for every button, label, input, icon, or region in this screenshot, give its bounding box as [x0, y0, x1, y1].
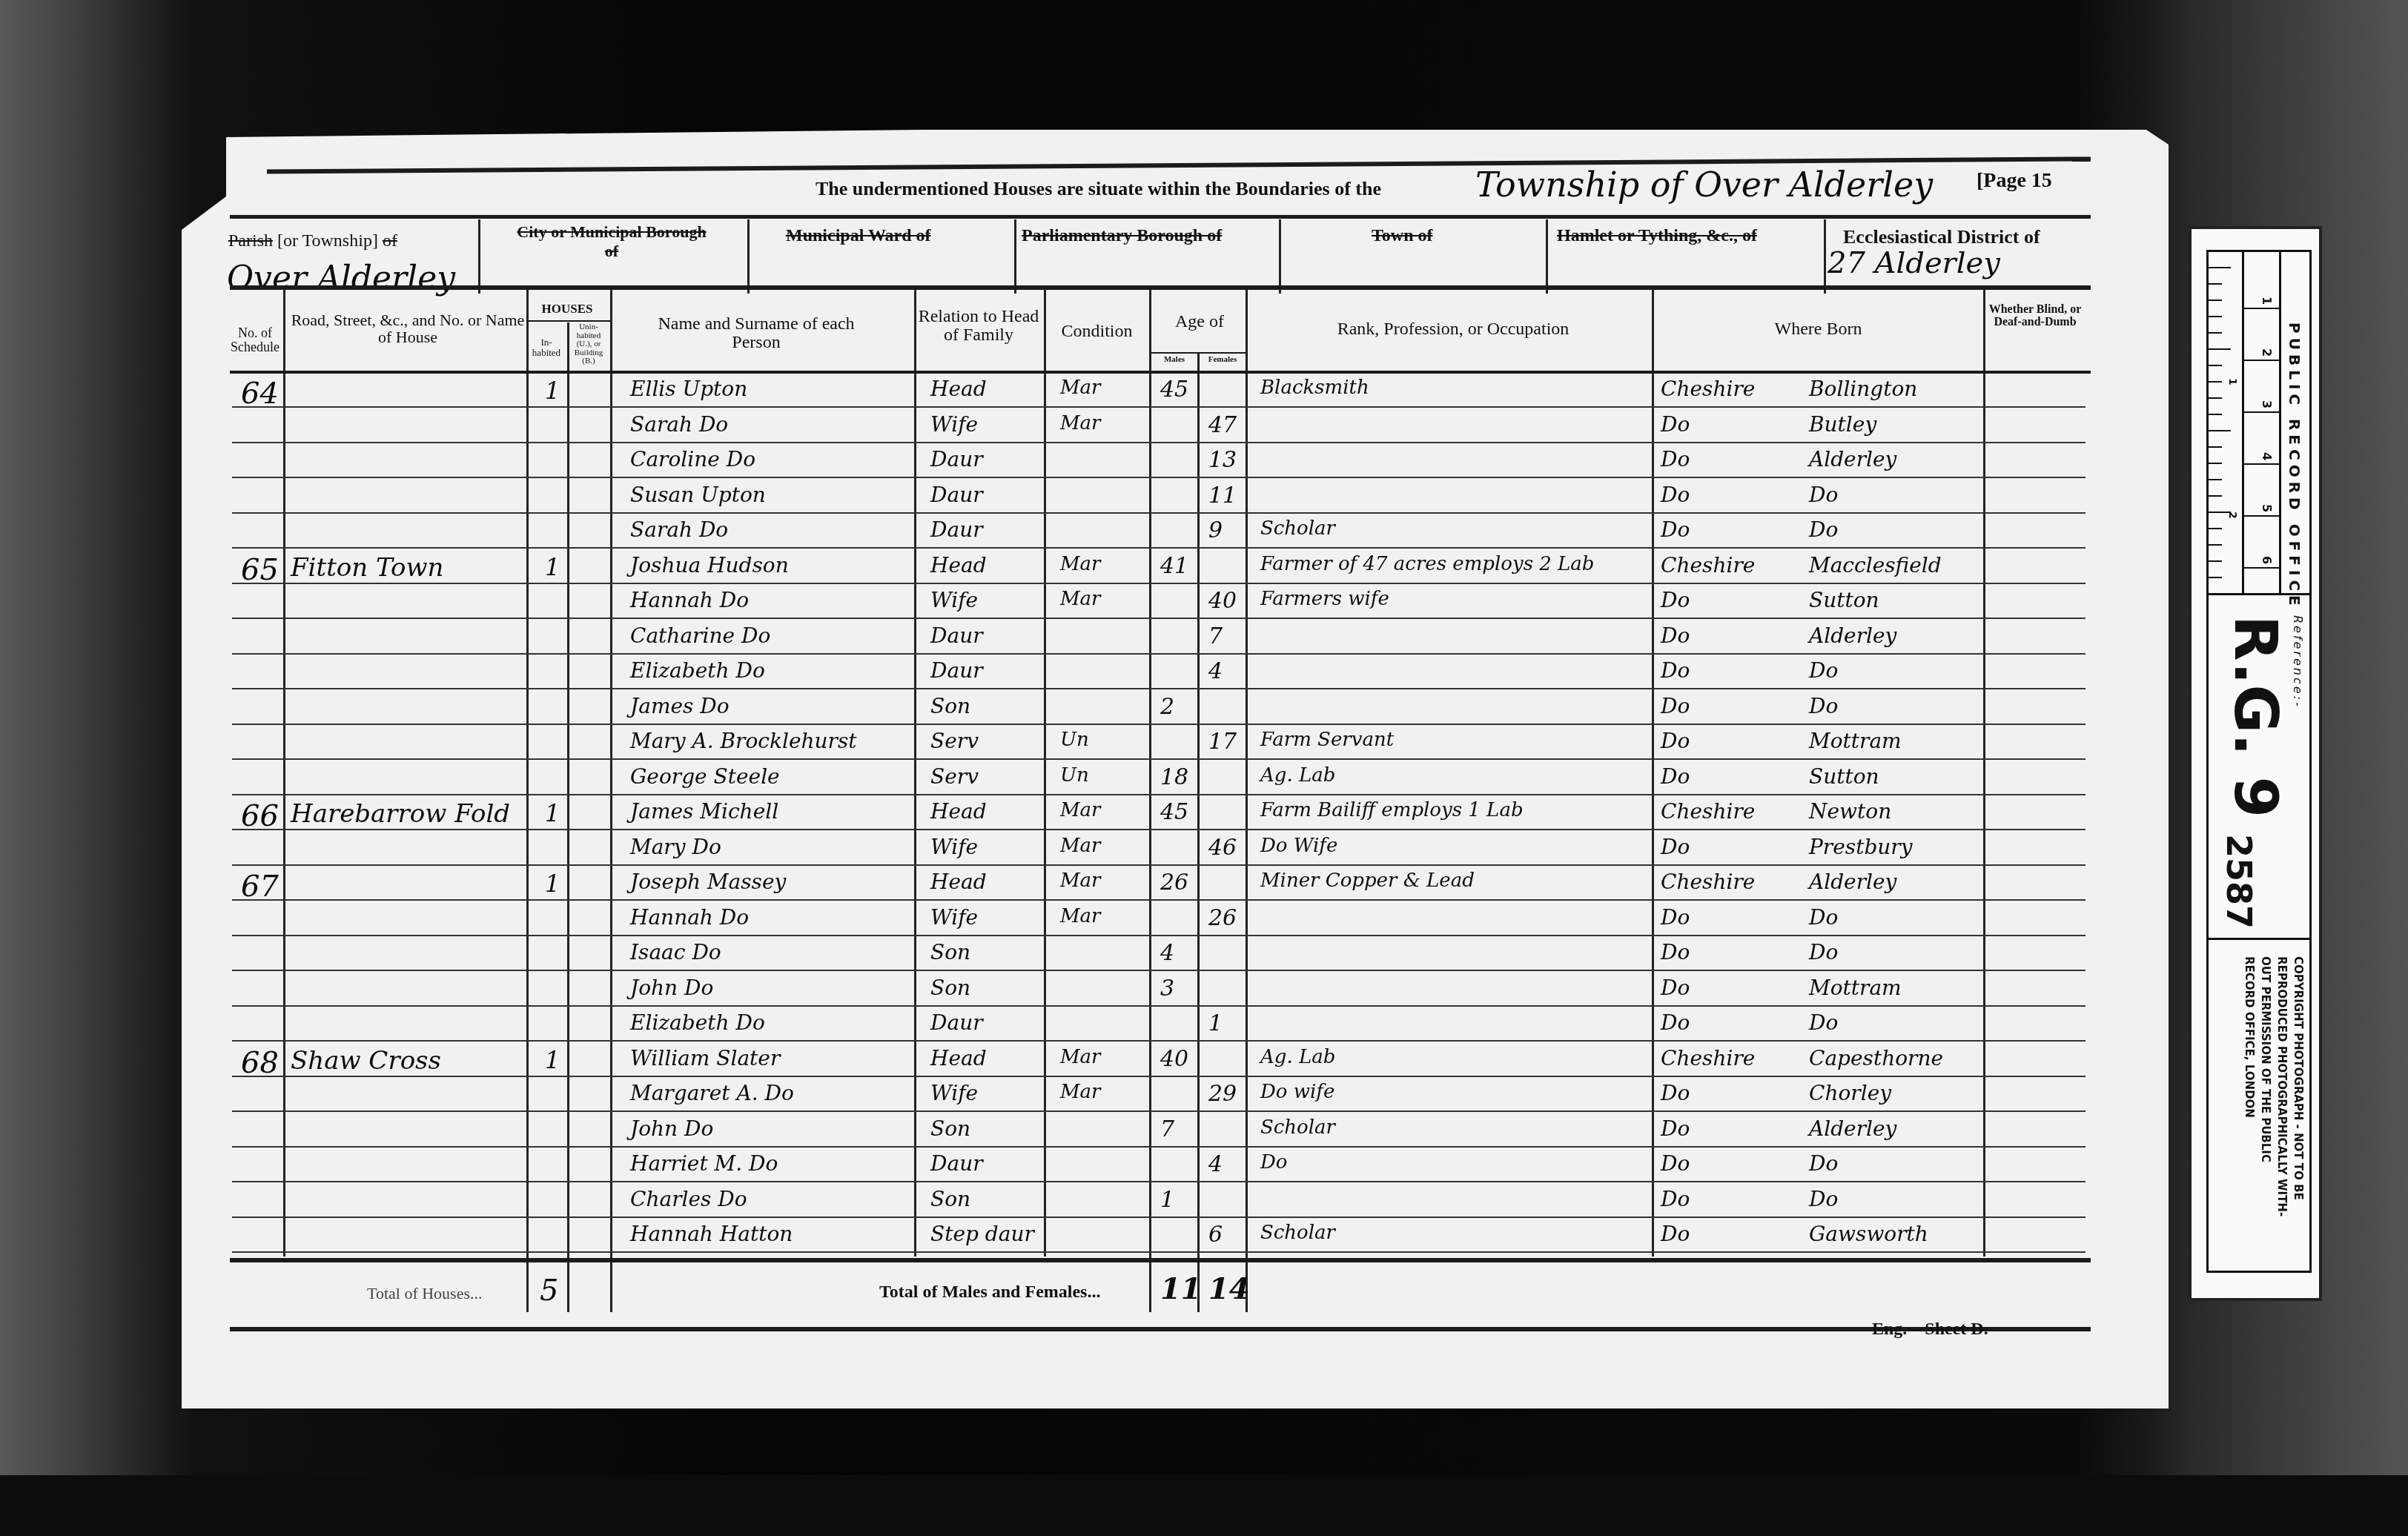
col-relation: Relation to Head of Family: [916, 308, 1042, 345]
birth-county: Cheshire: [1661, 870, 1755, 894]
table-row: Margaret A. DoWifeMar29Do wifeDoChorley: [232, 1081, 2085, 1103]
row-rule: [232, 512, 2085, 514]
birth-county: Do: [1661, 447, 1690, 471]
age-female: 40: [1208, 588, 1237, 614]
table-row: 641Ellis UptonHeadMar45BlacksmithCheshir…: [232, 377, 2085, 399]
table-row: Hannah DoWifeMar26DoDo: [232, 905, 2085, 927]
header-boundary: Township of Over Alderley: [1475, 165, 1933, 205]
relation: Serv: [930, 764, 979, 789]
total-persons-label: Total of Males and Females...: [879, 1282, 1100, 1302]
total-females-value: 14: [1208, 1271, 1250, 1306]
person-name: Elizabeth Do: [630, 658, 765, 683]
relation: Son: [930, 940, 970, 964]
divider: [478, 219, 480, 294]
inhabited-count: 1: [545, 1046, 560, 1074]
row-rule: [232, 406, 2085, 408]
col-blind: Whether Blind, or Deaf-and-Dumb: [1987, 304, 2083, 329]
page-number: [Page 15: [1977, 169, 2052, 193]
birth-county: Do: [1661, 1187, 1690, 1211]
relation: Serv: [930, 729, 979, 753]
age-female: 13: [1208, 447, 1237, 473]
ruler-label: 5: [2260, 504, 2274, 512]
relation: Daur: [930, 517, 983, 542]
age-female: 6: [1208, 1222, 1223, 1248]
ruler-tick: [2209, 267, 2231, 268]
relation: Wife: [930, 412, 978, 437]
age-female: 17: [1208, 729, 1237, 755]
hamlet-label: Hamlet or Tything, &c., of: [1557, 226, 1757, 246]
row-rule: [232, 1110, 2085, 1112]
row-rule: [232, 1005, 2085, 1007]
ruler-tick: [2209, 463, 2222, 464]
relation: Wife: [930, 835, 978, 859]
ruler-tick: [2209, 495, 2222, 497]
header-intro: The undermentioned Houses are situate wi…: [816, 178, 1381, 200]
col-inhabited: In-habited: [528, 337, 565, 357]
ruler-label: 2: [2260, 348, 2274, 357]
occupation: Ag. Lab: [1260, 764, 1335, 787]
town-label: Town of: [1372, 226, 1432, 246]
birth-county: Do: [1661, 1081, 1690, 1105]
occupation: Ag. Lab: [1260, 1046, 1335, 1068]
table-row: Isaac DoSon4DoDo: [232, 940, 2085, 962]
age-male: 45: [1160, 799, 1188, 825]
occupation: Farmer of 47 acres employs 2 Lab: [1260, 553, 1594, 575]
person-name: Isaac Do: [630, 940, 721, 964]
parish-value: Over Alderley: [227, 259, 455, 297]
relation: Son: [930, 1116, 970, 1141]
city-label: City or Municipal Borough of: [512, 222, 712, 261]
age-female: 46: [1208, 835, 1237, 861]
age-male: 4: [1160, 940, 1174, 966]
person-name: Ellis Upton: [630, 377, 747, 401]
copyright-notice: COPYRIGHT PHOTOGRAPH - NOT TO BE REPRODU…: [2241, 956, 2306, 1216]
birth-place: Macclesfield: [1809, 553, 1942, 577]
birth-place: Sutton: [1809, 588, 1879, 612]
row-rule: [232, 794, 2085, 795]
birth-county: Do: [1661, 729, 1690, 753]
condition: Mar: [1060, 799, 1101, 821]
table-row: Catharine DoDaur7DoAlderley: [232, 623, 2085, 646]
total-houses-label: Total of Houses...: [367, 1284, 483, 1303]
ruler-tick: [2209, 332, 2222, 334]
ruler-tick: [2209, 430, 2231, 431]
occupation: Scholar: [1260, 1222, 1335, 1244]
birth-county: Do: [1661, 764, 1690, 789]
col-where-born: Where Born: [1653, 320, 1983, 339]
relation: Daur: [930, 1010, 983, 1035]
age-male: 1: [1160, 1187, 1174, 1213]
birth-place: Bollington: [1809, 377, 1917, 401]
header-rule: [230, 215, 2091, 219]
age-female: 4: [1208, 1151, 1223, 1177]
birth-place: Mottram: [1809, 729, 1902, 753]
occupation: Farmers wife: [1260, 588, 1389, 610]
road-name: Fitton Town: [291, 553, 443, 583]
occupation: Do Wife: [1260, 835, 1337, 857]
age-male: 45: [1160, 377, 1188, 403]
birth-county: Do: [1661, 483, 1690, 507]
birth-place: Do: [1809, 517, 1838, 542]
person-name: Joseph Massey: [630, 870, 786, 894]
col-occupation: Rank, Profession, or Occupation: [1253, 320, 1653, 339]
reference-card: 12345612 PUBLIC RECORD OFFICE Reference:…: [2189, 226, 2322, 1301]
person-name: Hannah Do: [630, 905, 749, 930]
birth-place: Alderley: [1809, 870, 1896, 894]
table-row: Elizabeth DoDaur1DoDo: [232, 1010, 2085, 1033]
ruler-label: 2: [2226, 512, 2238, 519]
inhabited-count: 1: [545, 553, 560, 581]
ruler-label: 1: [2226, 378, 2238, 385]
relation: Head: [930, 553, 987, 577]
birth-county: Do: [1661, 976, 1690, 1000]
ruler-tick: [2209, 365, 2222, 366]
table-row: 65Fitton Town1Joshua HudsonHeadMar41Farm…: [232, 553, 2085, 575]
birth-county: Cheshire: [1661, 799, 1755, 824]
row-rule: [232, 547, 2085, 549]
occupation: Do: [1260, 1151, 1288, 1173]
birth-place: Do: [1809, 1010, 1838, 1035]
condition: Mar: [1060, 553, 1101, 575]
person-name: Margaret A. Do: [630, 1081, 794, 1105]
ruler-label: 4: [2260, 452, 2274, 460]
person-name: Susan Upton: [630, 483, 766, 507]
person-name: James Michell: [630, 799, 778, 824]
occupation: Miner Copper & Lead: [1260, 870, 1475, 892]
row-rule: [232, 1181, 2085, 1182]
divider: [1824, 219, 1826, 294]
relation: Daur: [930, 623, 983, 648]
birth-place: Do: [1809, 905, 1838, 930]
parish-label: Parish [or Township] of: [228, 231, 397, 251]
occupation: Blacksmith: [1260, 377, 1369, 399]
ruler-tick: [2209, 479, 2222, 480]
birth-county: Do: [1661, 835, 1690, 859]
age-female: 47: [1208, 412, 1237, 438]
sheet-footer: Eng.—Sheet D.: [1872, 1320, 1988, 1340]
inhabited-count: 1: [545, 799, 560, 827]
person-name: Sarah Do: [630, 517, 728, 542]
birth-place: Alderley: [1809, 447, 1896, 471]
birth-place: Newton: [1809, 799, 1891, 824]
age-male: 18: [1160, 764, 1188, 790]
table-row: Hannah HattonStep daur6ScholarDoGawswort…: [232, 1222, 2085, 1244]
totals-rule: [230, 1258, 2091, 1262]
birth-place: Mottram: [1809, 976, 1902, 1000]
card-divider: [2209, 938, 2309, 940]
total-houses-value: 5: [540, 1274, 558, 1308]
person-name: Caroline Do: [630, 447, 755, 471]
person-name: Catharine Do: [630, 623, 770, 648]
total-males-value: 11: [1160, 1271, 1202, 1306]
ward-label: Municipal Ward of: [786, 226, 931, 246]
row-rule: [232, 1216, 2085, 1218]
birth-place: Sutton: [1809, 764, 1879, 789]
age-female: 11: [1208, 483, 1237, 509]
inhabited-count: 1: [545, 377, 560, 405]
person-name: Hannah Do: [630, 588, 749, 612]
ruler-tick: [2209, 348, 2231, 350]
condition: Mar: [1060, 412, 1101, 434]
birth-county: Do: [1661, 905, 1690, 930]
person-name: Mary A. Brocklehurst: [630, 729, 857, 753]
ruler-tick: [2209, 528, 2222, 529]
age-female: 4: [1208, 658, 1223, 684]
inhabited-count: 1: [545, 870, 560, 898]
condition: Mar: [1060, 835, 1101, 857]
ruler-label: 6: [2260, 556, 2274, 564]
birth-county: Do: [1661, 658, 1690, 683]
condition: Un: [1060, 764, 1089, 787]
birth-county: Do: [1661, 412, 1690, 437]
ruler-tick: [2209, 544, 2222, 546]
col-males: Males: [1151, 356, 1197, 365]
row-rule: [232, 618, 2085, 619]
age-female: 26: [1208, 905, 1237, 931]
birth-place: Chorley: [1809, 1081, 1891, 1105]
birth-place: Do: [1809, 483, 1838, 507]
row-rule: [232, 935, 2085, 936]
col-houses: HOUSES: [526, 302, 608, 316]
reference-card-frame: 12345612 PUBLIC RECORD OFFICE Reference:…: [2206, 250, 2312, 1273]
scan-background-bottom: [0, 1475, 2408, 1536]
birth-place: Alderley: [1809, 1116, 1896, 1141]
col-uninhabited: Unin-habited (U.), or Building (B.): [569, 323, 608, 366]
table-row: George SteeleServUn18Ag. LabDoSutton: [232, 764, 2085, 787]
person-name: Hannah Hatton: [630, 1222, 793, 1246]
table-row: Elizabeth DoDaur4DoDo: [232, 658, 2085, 681]
age-male: 41: [1160, 553, 1188, 579]
ruler-tick: [2209, 446, 2222, 448]
condition: Mar: [1060, 588, 1101, 610]
row-rule: [232, 829, 2085, 830]
col-condition: Condition: [1047, 322, 1147, 341]
table-row: James DoSon2DoDo: [232, 694, 2085, 716]
relation: Daur: [930, 483, 983, 507]
ruler-tick: [2209, 414, 2222, 415]
row-rule: [232, 724, 2085, 725]
person-name: George Steele: [630, 764, 780, 789]
relation: Son: [930, 976, 970, 1000]
row-rule: [232, 1040, 2085, 1042]
person-name: Joshua Hudson: [630, 553, 789, 577]
ruler-tick: [2209, 397, 2222, 399]
occupation: Scholar: [1260, 1116, 1335, 1139]
row-rule: [232, 1076, 2085, 1077]
condition: Un: [1060, 729, 1089, 751]
table-row: Mary A. BrocklehurstServUn17Farm Servant…: [232, 729, 2085, 751]
occupation: Farm Bailiff employs 1 Lab: [1260, 799, 1524, 821]
birth-place: Do: [1809, 1187, 1838, 1211]
pro-title: PUBLIC RECORD OFFICE: [2286, 322, 2303, 610]
col-schedule: No. of Schedule: [230, 326, 280, 354]
row-rule: [232, 899, 2085, 901]
condition: Mar: [1060, 905, 1101, 927]
relation: Wife: [930, 588, 978, 612]
row-rule: [232, 1251, 2085, 1253]
row-rule: [232, 1146, 2085, 1148]
relation: Head: [930, 870, 987, 894]
table-row: 671Joseph MasseyHeadMar26Miner Copper & …: [232, 870, 2085, 892]
age-female: 9: [1208, 517, 1223, 543]
row-rule: [232, 477, 2085, 478]
birth-county: Do: [1661, 1010, 1690, 1035]
road-name: Harebarrow Fold: [291, 799, 510, 829]
birth-county: Cheshire: [1661, 1046, 1755, 1070]
age-male: 7: [1160, 1116, 1174, 1142]
parl-borough-label: Parliamentary Borough of: [1022, 226, 1222, 246]
occupation: Do wife: [1260, 1081, 1334, 1103]
condition: Mar: [1060, 870, 1101, 892]
birth-county: Cheshire: [1661, 377, 1755, 401]
relation: Wife: [930, 1081, 978, 1105]
birth-place: Butley: [1809, 412, 1876, 437]
divider: [1014, 219, 1016, 294]
birth-place: Alderley: [1809, 623, 1896, 648]
person-name: Elizabeth Do: [630, 1010, 765, 1035]
row-rule: [232, 442, 2085, 443]
table-row: Charles DoSon1DoDo: [232, 1187, 2085, 1209]
birth-county: Do: [1661, 1222, 1690, 1246]
birth-place: Capesthorne: [1809, 1046, 1943, 1070]
ruler-tick: [2209, 381, 2222, 383]
relation: Step daur: [930, 1222, 1034, 1246]
occupation: Farm Servant: [1260, 729, 1394, 751]
ruler-label: 1: [2260, 297, 2274, 305]
table-row: John DoSon7ScholarDoAlderley: [232, 1116, 2085, 1139]
table-row: Sarah DoDaur9ScholarDoDo: [232, 517, 2085, 540]
reference-piece: 2587: [2219, 834, 2259, 929]
birth-county: Do: [1661, 588, 1690, 612]
birth-county: Do: [1661, 940, 1690, 964]
reference-label: Reference:-: [2291, 615, 2305, 709]
birth-place: Gawsworth: [1809, 1222, 1928, 1246]
reference-series: R.G. 9: [2221, 615, 2290, 818]
birth-county: Do: [1661, 517, 1690, 542]
birth-county: Do: [1661, 1116, 1690, 1141]
ruler-tick: [2209, 577, 2222, 578]
condition: Mar: [1060, 377, 1101, 399]
relation: Daur: [930, 658, 983, 683]
person-name: Sarah Do: [630, 412, 728, 437]
relation: Head: [930, 1046, 987, 1070]
relation: Head: [930, 799, 987, 824]
ruler-tick: [2209, 316, 2222, 317]
col-females: Females: [1200, 356, 1246, 365]
age-female: 1: [1208, 1010, 1223, 1036]
birth-county: Do: [1661, 694, 1690, 718]
occupation: Scholar: [1260, 517, 1335, 540]
table-row: Caroline DoDaur13DoAlderley: [232, 447, 2085, 469]
ruler-label: 3: [2260, 400, 2274, 408]
person-name: William Slater: [630, 1046, 780, 1070]
row-rule: [232, 653, 2085, 655]
header-divider: [230, 285, 2091, 290]
person-name: James Do: [630, 694, 730, 718]
row-rule: [232, 583, 2085, 584]
birth-place: Do: [1809, 694, 1838, 718]
bottom-rule: [230, 1327, 2091, 1331]
table-row: 68Shaw Cross1William SlaterHeadMar40Ag. …: [232, 1046, 2085, 1068]
eccl-district-value: 27 Alderley: [1827, 246, 2000, 280]
relation: Son: [930, 1187, 970, 1211]
ruler-tick: [2209, 299, 2222, 301]
age-male: 3: [1160, 976, 1174, 1002]
table-row: Harriet M. DoDaur4DoDoDo: [232, 1151, 2085, 1173]
row-rule: [232, 758, 2085, 760]
age-female: 7: [1208, 623, 1223, 649]
table-row: Hannah DoWifeMar40Farmers wifeDoSutton: [232, 588, 2085, 610]
table-row: John DoSon3DoMottram: [232, 976, 2085, 998]
birth-county: Do: [1661, 1151, 1690, 1176]
ruler-tick: [2209, 283, 2222, 285]
condition: Mar: [1060, 1046, 1101, 1068]
relation: Daur: [930, 1151, 983, 1176]
road-name: Shaw Cross: [291, 1046, 441, 1076]
table-row: Mary DoWifeMar46Do WifeDoPrestbury: [232, 835, 2085, 857]
divider: [1279, 219, 1281, 294]
row-rule: [232, 688, 2085, 689]
relation: Head: [930, 377, 987, 401]
relation: Wife: [930, 905, 978, 930]
divider: [747, 219, 750, 294]
birth-county: Do: [1661, 623, 1690, 648]
person-name: John Do: [630, 976, 713, 1000]
birth-place: Do: [1809, 940, 1838, 964]
table-row: Susan UptonDaur11DoDo: [232, 483, 2085, 505]
age-male: 40: [1160, 1046, 1188, 1072]
condition: Mar: [1060, 1081, 1101, 1103]
ruler-tick: [2209, 560, 2222, 562]
divider: [1546, 219, 1548, 294]
relation: Daur: [930, 447, 983, 471]
col-age: Age of: [1151, 313, 1248, 331]
person-name: Charles Do: [630, 1187, 747, 1211]
birth-place: Do: [1809, 1151, 1838, 1176]
birth-county: Cheshire: [1661, 553, 1755, 577]
row-rule: [232, 970, 2085, 971]
row-rule: [232, 864, 2085, 866]
table-row: 66Harebarrow Fold1James MichellHeadMar45…: [232, 799, 2085, 821]
person-name: Harriet M. Do: [630, 1151, 778, 1176]
person-name: John Do: [630, 1116, 713, 1141]
table-row: Sarah DoWifeMar47DoButley: [232, 412, 2085, 434]
col-road: Road, Street, &c., and No. or Name of Ho…: [289, 311, 526, 345]
birth-place: Prestbury: [1809, 835, 1913, 859]
age-male: 2: [1160, 694, 1174, 720]
age-female: 29: [1208, 1081, 1237, 1107]
eccl-district-label: Ecclesiastical District of: [1843, 226, 2040, 248]
col-name: Name and Surname of each Person: [645, 315, 867, 352]
person-name: Mary Do: [630, 835, 721, 859]
birth-place: Do: [1809, 658, 1838, 683]
relation: Son: [930, 694, 970, 718]
age-male: 26: [1160, 870, 1188, 896]
